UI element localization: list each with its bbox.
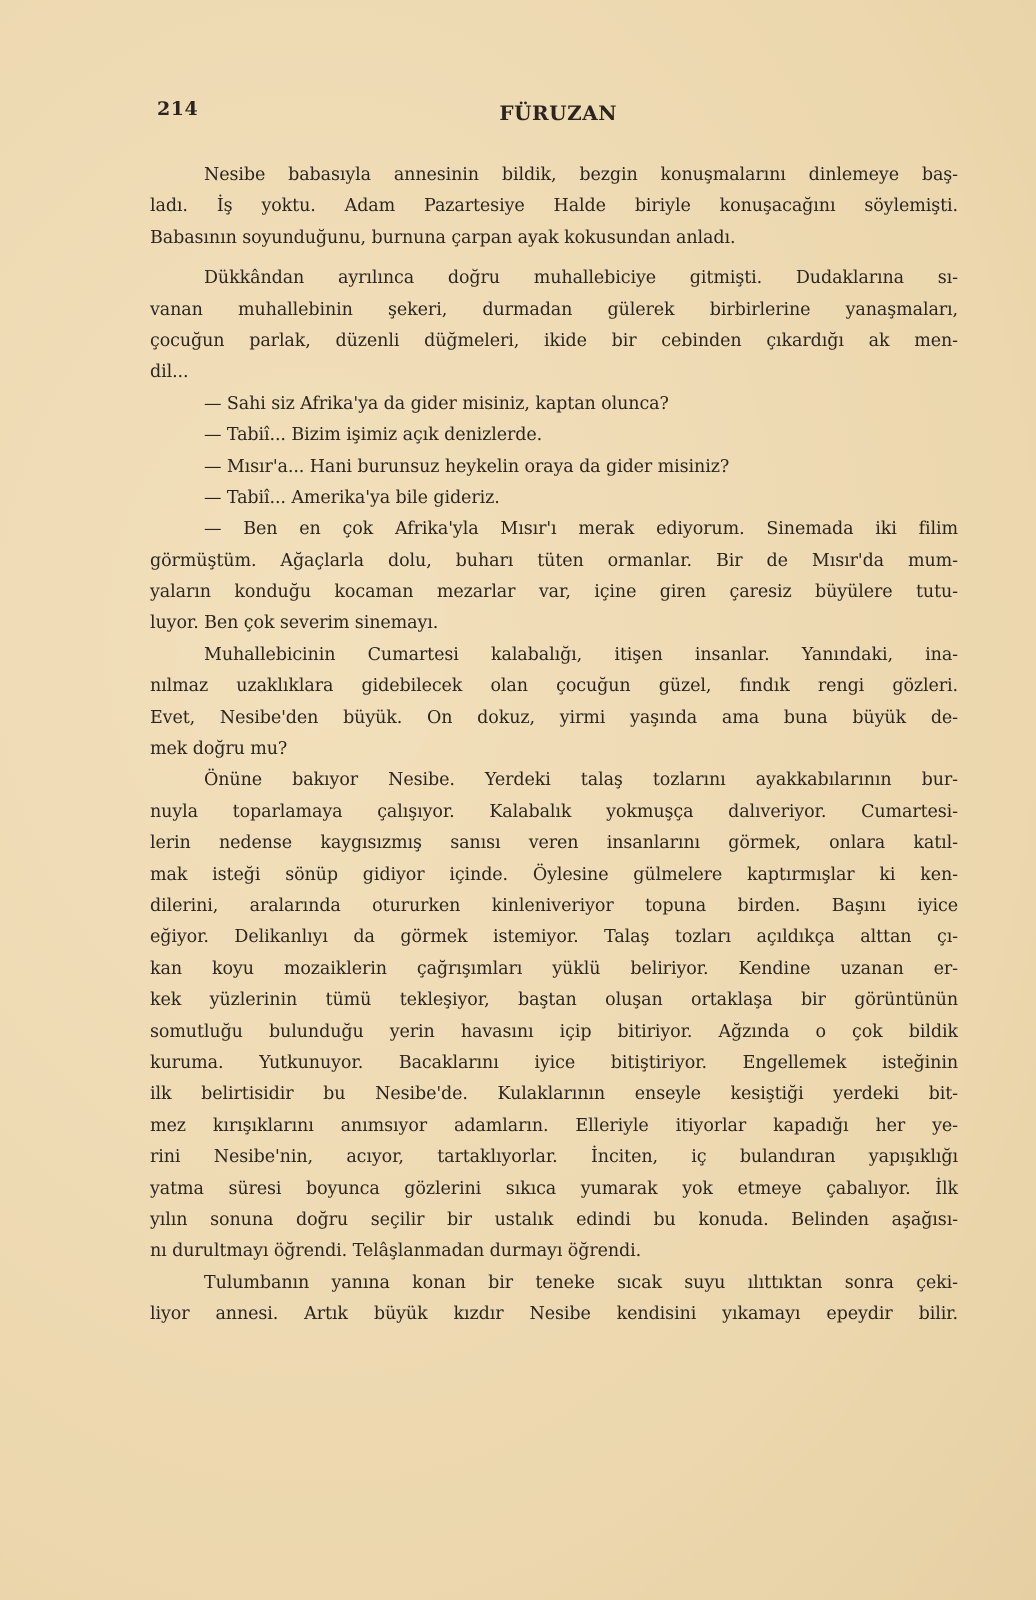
page-header: 214 FÜRUZAN <box>157 98 617 128</box>
text-line: dilerini, aralarında otururken kinlenive… <box>150 891 958 922</box>
book-page: 214 FÜRUZAN Nesibe babasıyla annesinin b… <box>0 0 1036 1600</box>
dialog-line: — Mısır'a... Hani burunsuz heykelin oray… <box>150 452 958 483</box>
text-line: görmüştüm. Ağaçlarla dolu, buharı tüten … <box>150 546 958 577</box>
text-line: — Ben en çok Afrika'yla Mısır'ı merak ed… <box>150 514 958 545</box>
text-line: eğiyor. Delikanlıyı da görmek istemiyor.… <box>150 922 958 953</box>
body-text: Nesibe babasıyla annesinin bildik, bezgi… <box>150 160 958 1330</box>
text-line: yılın sonuna doğru seçilir bir ustalık e… <box>150 1205 958 1236</box>
text-line: vanan muhallebinin şekeri, durmadan güle… <box>150 295 958 326</box>
paragraph: Tulumbanın yanına konan bir teneke sıcak… <box>150 1268 958 1331</box>
running-title: FÜRUZAN <box>499 101 617 125</box>
text-line: ladı. İş yoktu. Adam Pazartesiye Halde b… <box>150 191 958 222</box>
text-line: mez kırışıklarını anımsıyor adamların. E… <box>150 1111 958 1142</box>
text-line: kan koyu mozaiklerin çağrışımları yüklü … <box>150 954 958 985</box>
paragraph: Önüne bakıyor Nesibe. Yerdeki talaş tozl… <box>150 765 958 1267</box>
text-line: nuyla toparlamaya çalışıyor. Kalabalık y… <box>150 797 958 828</box>
text-line: çocuğun parlak, düzenli düğmeleri, ikide… <box>150 326 958 357</box>
text-line: Evet, Nesibe'den büyük. On dokuz, yirmi … <box>150 703 958 734</box>
text-line: ilk belirtisidir bu Nesibe'de. Kulakları… <box>150 1079 958 1110</box>
text-line: yatma süresi boyunca gözlerini sıkıca yu… <box>150 1174 958 1205</box>
dialog-block: — Sahi siz Afrika'ya da gider misiniz, k… <box>150 389 958 515</box>
dialog-line: — Sahi siz Afrika'ya da gider misiniz, k… <box>150 389 958 420</box>
paragraph: — Ben en çok Afrika'yla Mısır'ı merak ed… <box>150 514 958 640</box>
text-line: Muhallebicinin Cumartesi kalabalığı, iti… <box>150 640 958 671</box>
text-line: liyor annesi. Artık büyük kızdır Nesibe … <box>150 1299 958 1330</box>
text-line: nı durultmayı öğrendi. Telâşlanmadan dur… <box>150 1236 958 1267</box>
text-line: mek doğru mu? <box>150 734 958 765</box>
paragraph: Muhallebicinin Cumartesi kalabalığı, iti… <box>150 640 958 766</box>
text-line: dil... <box>150 357 958 388</box>
text-line: lerin nedense kaygısızmış sanısı veren i… <box>150 828 958 859</box>
dialog-line: — Tabiî... Bizim işimiz açık denizlerde. <box>150 420 958 451</box>
paragraph: Nesibe babasıyla annesinin bildik, bezgi… <box>150 160 958 254</box>
text-line: yaların konduğu kocaman mezarlar var, iç… <box>150 577 958 608</box>
text-line: Nesibe babasıyla annesinin bildik, bezgi… <box>150 160 958 191</box>
text-line: Dükkândan ayrılınca doğru muhallebiciye … <box>150 263 958 294</box>
text-line: Önüne bakıyor Nesibe. Yerdeki talaş tozl… <box>150 765 958 796</box>
text-line: Babasının soyunduğunu, burnuna çarpan ay… <box>150 223 958 254</box>
paragraph: Dükkândan ayrılınca doğru muhallebiciye … <box>150 263 958 389</box>
text-line: somutluğu bulunduğu yerin havasını içip … <box>150 1017 958 1048</box>
text-line: rini Nesibe'nin, acıyor, tartaklıyorlar.… <box>150 1142 958 1173</box>
text-line: Tulumbanın yanına konan bir teneke sıcak… <box>150 1268 958 1299</box>
text-line: nılmaz uzaklıklara gidebilecek olan çocu… <box>150 671 958 702</box>
text-line: kek yüzlerinin tümü tekleşiyor, baştan o… <box>150 985 958 1016</box>
page-number: 214 <box>157 98 198 120</box>
text-line: mak isteği sönüp gidiyor içinde. Öylesin… <box>150 860 958 891</box>
dialog-line: — Tabiî... Amerika'ya bile gideriz. <box>150 483 958 514</box>
text-line: luyor. Ben çok severim sinemayı. <box>150 608 958 639</box>
text-line: kuruma. Yutkunuyor. Bacaklarını iyice bi… <box>150 1048 958 1079</box>
